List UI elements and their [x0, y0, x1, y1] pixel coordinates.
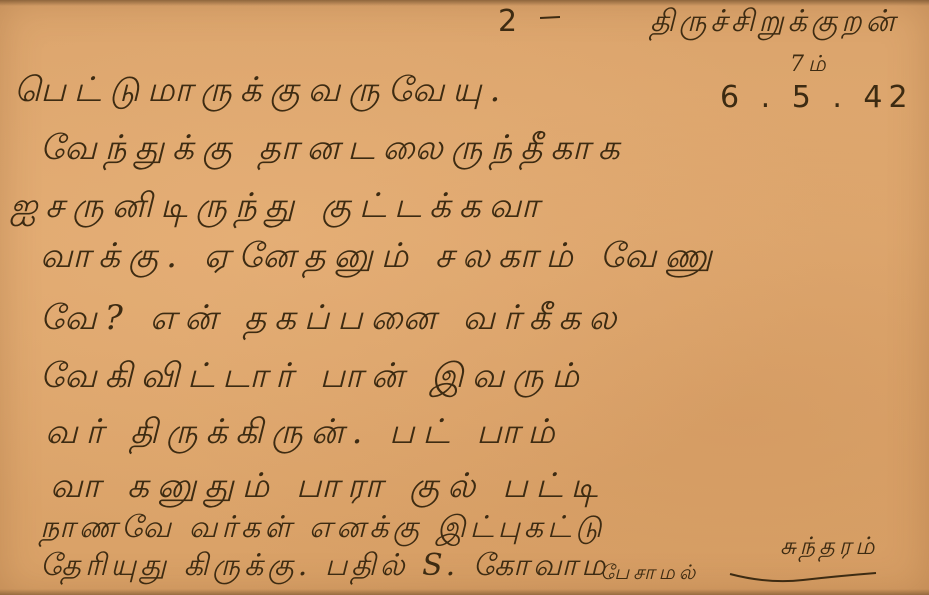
place-heading: திருச்சிறுக்குறன் — [650, 4, 899, 43]
letter-page: 2 திருச்சிறுக்குறன் 7ம் 6 . 5 . 42 பெட்ட… — [0, 0, 929, 595]
page-number-underline — [540, 14, 560, 22]
letter-line-8: வா கனுதும் பாரா குல் பட்டி — [50, 466, 606, 510]
signature-underline — [728, 570, 878, 584]
letter-line-7: வர் திருக்கிருன். பட் பாம் — [45, 412, 563, 456]
letter-line-10: தேரியுது கிருக்கு. பதில் S. கோவாம — [40, 548, 609, 587]
signature-title: சுந்தரம் — [780, 532, 878, 563]
letter-line-1: பெட்டுமாருக்குவருவேயு. — [14, 70, 508, 114]
page-number: 2 — [498, 4, 523, 39]
letter-line-5: வே? என் தகப்பனை வர்கீகல — [40, 298, 625, 342]
paper-bottom-edge — [0, 589, 929, 595]
letter-line-2: வேந்துக்கு தானடலைருந்தீகாக — [40, 128, 628, 172]
letter-date: 6 . 5 . 42 — [720, 80, 914, 115]
date-annotation: 7ம் — [790, 52, 830, 80]
letter-line-11: பேசாமல் — [600, 560, 699, 587]
letter-line-3: ஐசருனிடிருந்து குட்டக்கவா — [10, 186, 547, 230]
letter-line-9: நாணவே வர்கள் எனக்கு இட்புகட்டு — [40, 510, 606, 549]
letter-line-6: வேகிவிட்டார் பான் இவரும் — [40, 356, 587, 400]
letter-line-4: வாக்கு. ஏனேதனும் சலகாம் வேணு — [40, 236, 720, 280]
